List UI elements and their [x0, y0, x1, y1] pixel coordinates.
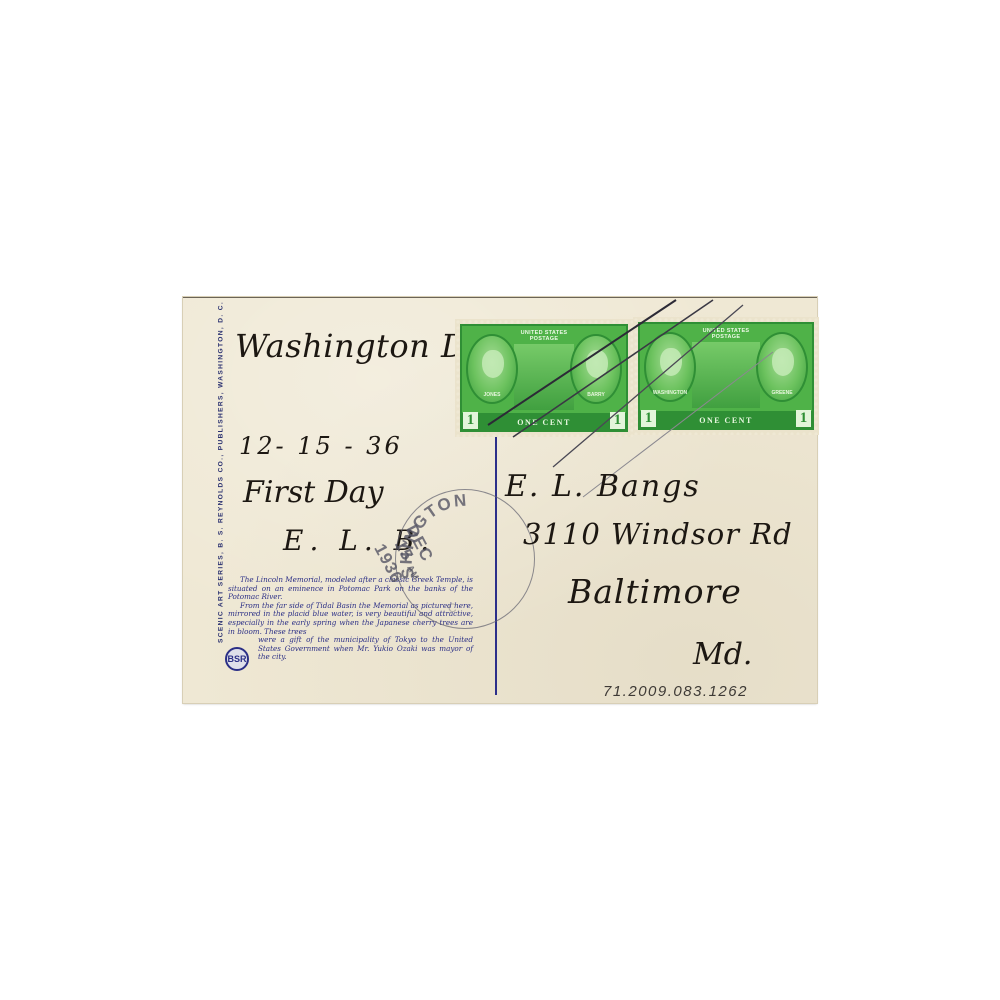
card-edge [183, 297, 817, 298]
portrait-label: BARRY [572, 392, 620, 398]
portrait-oval: WASHINGTON [644, 332, 696, 402]
portrait-label: JONES [468, 392, 516, 398]
denomination-left: 1 [463, 412, 478, 429]
handwritten-date: 12- 15 - 36 [239, 432, 403, 460]
portrait-oval: BARRY [570, 334, 622, 404]
description-paragraph: were a gift of the municipality of Tokyo… [228, 636, 473, 662]
stamp-navy-one-cent: UNITED STATES POSTAGE JONES BARRY 1 ONE … [455, 319, 633, 437]
publisher-imprint-text: SCENIC ART SERIES, B. S. REYNOLDS CO., P… [218, 301, 225, 643]
stamp-top-text: UNITED STATES POSTAGE [690, 328, 762, 340]
portrait-oval: GREENE [756, 332, 808, 402]
ships-scene-image [514, 344, 574, 410]
handwritten-place: Washington DC [235, 327, 492, 365]
recipient-name: E. L. Bangs [505, 469, 701, 504]
stamp-face: UNITED STATES POSTAGE JONES BARRY 1 ONE … [460, 324, 628, 432]
postcard: SCENIC ART SERIES, B. S. REYNOLDS CO., P… [183, 297, 817, 703]
portrait-label: WASHINGTON [646, 390, 694, 396]
stamp-face: UNITED STATES POSTAGE WASHINGTON GREENE … [638, 322, 814, 430]
stamp-army-one-cent: UNITED STATES POSTAGE WASHINGTON GREENE … [633, 317, 819, 435]
recipient-street: 3110 Windsor Rd [523, 517, 793, 551]
denomination-left: 1 [641, 410, 656, 427]
portrait-oval: JONES [466, 334, 518, 404]
stamp-top-text: UNITED STATES POSTAGE [512, 330, 576, 342]
mount-vernon-scene-image [692, 342, 760, 408]
denomination-right: 1 [610, 412, 625, 429]
recipient-state: Md. [693, 637, 752, 672]
value-text: ONE CENT [660, 416, 792, 425]
publisher-imprint: SCENIC ART SERIES, B. S. REYNOLDS CO., P… [214, 327, 228, 617]
recipient-city: Baltimore [568, 572, 742, 611]
publisher-logo-icon: BSR [225, 647, 249, 671]
logo-text: BSR [227, 654, 246, 664]
portrait-label: GREENE [758, 390, 806, 396]
svg-text:C.: C. [448, 601, 460, 615]
handwritten-note: First Day [243, 475, 384, 510]
catalog-number: 71.2009.083.1262 [603, 683, 748, 700]
value-text: ONE CENT [482, 418, 606, 427]
denomination-right: 1 [796, 410, 811, 427]
postmark: SHINGTON C. DEC 15 AM 1936 [395, 489, 535, 629]
